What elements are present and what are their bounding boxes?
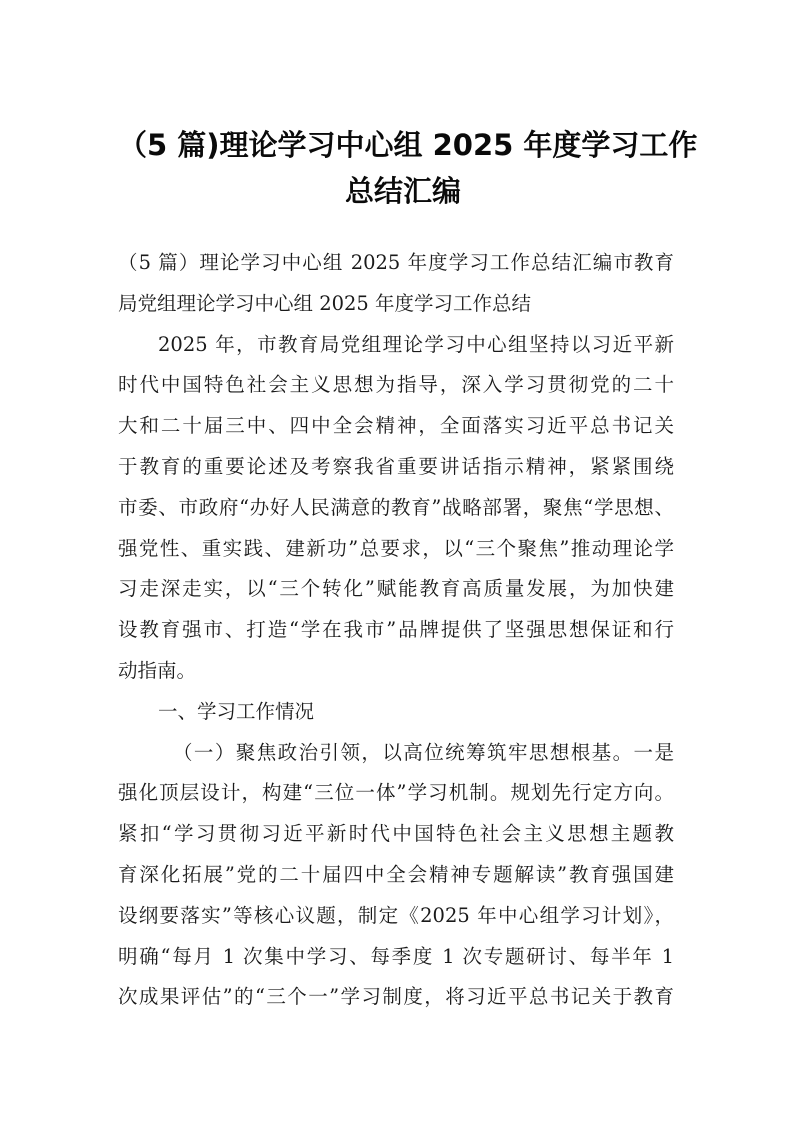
document-title: （5 篇)理论学习中心组 2025 年度学习工作 总结汇编 [118, 122, 688, 214]
body-line: 强化顶层设计，构建“三位一体”学习机制。规划先行定方向。 [118, 773, 674, 814]
subsection-heading: （一）聚焦政治引领，以高位统筹筑牢思想根基。一是 [118, 733, 674, 774]
body-line: 紧扣“学习贯彻习近平新时代中国特色社会主义思想主题教 [118, 814, 674, 855]
document-body: （5 篇）理论学习中心组 2025 年度学习工作总结汇编市教育 局党组理论学习中… [118, 243, 674, 1018]
body-line: 动指南。 [118, 651, 674, 692]
body-line: 强党性、重实践、建新功”总要求，以“三个聚焦”推动理论学 [118, 529, 674, 570]
title-line-1: （5 篇)理论学习中心组 2025 年度学习工作 [118, 122, 688, 168]
body-line: 设纲要落实”等核心议题，制定《2025 年中心组学习计划》， [118, 896, 674, 937]
body-line: 明确“每月 1 次集中学习、每季度 1 次专题研讨、每半年 1 [118, 937, 674, 978]
body-line: 习走深走实，以“三个转化”赋能教育高质量发展，为加快建 [118, 569, 674, 610]
body-line: 市委、市政府“办好人民满意的教育”战略部署，聚焦“学思想、 [118, 488, 674, 529]
body-line: 于教育的重要论述及考察我省重要讲话指示精神，紧紧围绕 [118, 447, 674, 488]
body-line: 次成果评估”的“三个一”学习制度，将习近平总书记关于教育 [118, 977, 674, 1018]
body-line: 时代中国特色社会主义思想为指导，深入学习贯彻党的二十 [118, 365, 674, 406]
body-line: 大和二十届三中、四中全会精神，全面落实习近平总书记关 [118, 406, 674, 447]
body-line: 育深化拓展”党的二十届四中全会精神专题解读”教育强国建 [118, 855, 674, 896]
body-line: 设教育强市、打造“学在我市”品牌提供了坚强思想保证和行 [118, 610, 674, 651]
section-heading: 一、学习工作情况 [118, 692, 674, 733]
document-page: （5 篇)理论学习中心组 2025 年度学习工作 总结汇编 （5 篇）理论学习中… [0, 0, 793, 1122]
body-line: 2025 年，市教育局党组理论学习中心组坚持以习近平新 [118, 325, 674, 366]
title-line-2: 总结汇编 [118, 168, 688, 214]
body-line: 局党组理论学习中心组 2025 年度学习工作总结 [118, 284, 674, 325]
body-line: （5 篇）理论学习中心组 2025 年度学习工作总结汇编市教育 [118, 243, 674, 284]
